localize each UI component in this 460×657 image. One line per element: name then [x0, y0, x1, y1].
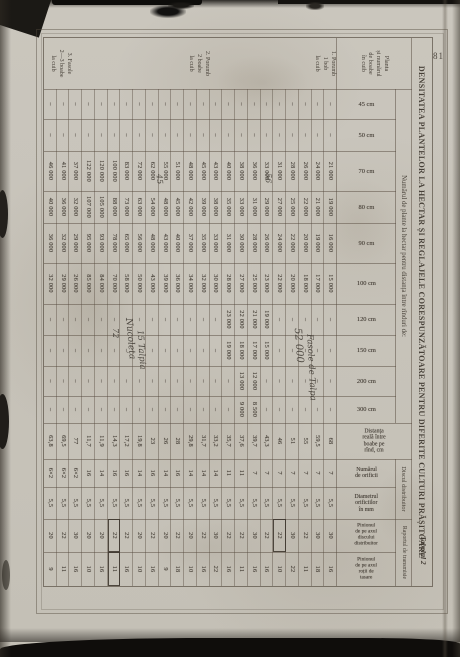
table-cell: 25 000	[286, 191, 299, 223]
plant-group-label: 2. Porumb 2 boabe la cuib	[183, 40, 213, 87]
table-cell: –	[197, 304, 210, 335]
plant-group-label: 3. Fasole 2—3 boabe la cuib	[45, 40, 75, 87]
table-cell: –	[324, 304, 337, 335]
table-cell: 30	[324, 519, 337, 552]
table-cell: 22 000	[286, 223, 299, 263]
table-cell: –	[171, 119, 184, 151]
table-cell: 16	[324, 552, 337, 586]
table-cell: 39 000	[159, 263, 172, 304]
page-edge-shadow-right	[452, 0, 460, 657]
table-cell: 55 000	[159, 151, 172, 191]
table-cell: 22	[299, 519, 312, 552]
table-cell: 7	[324, 459, 337, 487]
table-cell: 21 000	[248, 304, 261, 335]
table-cell: –	[146, 89, 159, 119]
table-cell: 29 000	[261, 191, 274, 223]
table-cell: 11	[108, 552, 121, 586]
table-cell: –	[184, 335, 197, 366]
table-cell: 5,5	[184, 487, 197, 519]
table-cell: –	[197, 396, 210, 423]
table-cell: –	[210, 366, 223, 396]
table-cell: 12 000	[248, 366, 261, 396]
table-cell: 5,5	[133, 487, 146, 519]
table-cell: 17,2	[120, 423, 133, 459]
table-cell: 5,5	[171, 487, 184, 519]
table-cell: 43,3	[261, 423, 274, 459]
table-cell: –	[222, 366, 235, 396]
table-cell: 41 000	[57, 151, 70, 191]
table-cell: 24 000	[273, 223, 286, 263]
table-cell: 20 000	[299, 223, 312, 263]
table-cell: –	[69, 89, 82, 119]
table-cell: 18	[312, 552, 325, 586]
table-cell: –	[184, 396, 197, 423]
table-cell: 32 000	[69, 191, 82, 223]
spacing-column-label: 300 cm	[337, 406, 396, 413]
table-cell: –	[44, 396, 57, 423]
table-cell: –	[57, 119, 70, 151]
table-cell: 43 000	[146, 263, 159, 304]
page-edge-shadow-left	[0, 0, 11, 657]
spacing-column-label: 100 cm	[337, 280, 396, 287]
table-cell: –	[159, 304, 172, 335]
table-cell: –	[44, 335, 57, 366]
table-cell: 5,5	[324, 487, 337, 519]
table-cell: 34 000	[184, 263, 197, 304]
table-cell: 5,5	[261, 487, 274, 519]
table-cell: 5,5	[44, 487, 57, 519]
spacing-column-label: 50 cm	[337, 131, 396, 138]
table-cell: 14	[159, 459, 172, 487]
table-cell: 16	[108, 459, 121, 487]
page-number: 81	[433, 51, 444, 61]
table-cell: 5,5	[69, 487, 82, 519]
table-cell: 63,8	[44, 423, 57, 459]
table-cell: 16	[95, 552, 108, 586]
table-cell: 31 000	[222, 223, 235, 263]
table-cell: 22	[286, 552, 299, 586]
table-cell: –	[273, 335, 286, 366]
table-cell: 22	[120, 519, 133, 552]
table-cell: –	[108, 396, 121, 423]
table-cell: –	[133, 366, 146, 396]
table-cell: 31 000	[248, 191, 261, 223]
table-cell: 33 000	[261, 151, 274, 191]
table-cell: 19 000	[261, 304, 274, 335]
table-cell: –	[95, 366, 108, 396]
table-cell: 23 000	[261, 263, 274, 304]
table-cell: 26 000	[299, 151, 312, 191]
table-cell: 32 000	[57, 223, 70, 263]
table-cell: –	[324, 366, 337, 396]
table-cell: –	[44, 89, 57, 119]
table-cell: 46	[273, 423, 286, 459]
table-cell: 28 000	[248, 223, 261, 263]
table-cell: 5,5	[312, 487, 325, 519]
table-cell: 10	[273, 552, 286, 586]
table-cell: –	[120, 119, 133, 151]
table-cell: 11,9	[95, 423, 108, 459]
table-cell: –	[197, 89, 210, 119]
spacing-column-label: 45 cm	[337, 100, 396, 107]
table-cell: –	[273, 119, 286, 151]
table-cell: 8 500	[248, 396, 261, 423]
table-cell: 46 000	[44, 151, 57, 191]
table-cell: –	[44, 119, 57, 151]
table-cell: –	[273, 304, 286, 335]
table-cell: –	[210, 119, 223, 151]
press-wheel-pinion-header: Pinionul de pe axul roții de tasare	[337, 552, 396, 586]
table-cell: 20	[133, 519, 146, 552]
table-cell: 17 000	[248, 335, 261, 366]
table-cell: 69,5	[57, 423, 70, 459]
table-cell: 36 000	[171, 263, 184, 304]
table-cell: 27 000	[235, 263, 248, 304]
table-cell: 18 000	[235, 335, 248, 366]
table-cell: –	[273, 366, 286, 396]
table-cell: 14	[210, 459, 223, 487]
table-cell: 16	[120, 552, 133, 586]
table-cell: 20	[44, 519, 57, 552]
spacing-column-header: 100 cm	[337, 263, 396, 304]
table-cell: –	[159, 335, 172, 366]
table-cell: 17 000	[312, 263, 325, 304]
table-cell: 20	[95, 519, 108, 552]
table-cell: 35 000	[222, 191, 235, 223]
table-cell: –	[57, 366, 70, 396]
spacing-column-header: 200 cm	[337, 366, 396, 396]
table-cell: 5,5	[57, 487, 70, 519]
table-cell: 10	[82, 552, 95, 586]
table-cell: 5,5	[299, 487, 312, 519]
table-cell: –	[261, 366, 274, 396]
table-cell: 11	[222, 459, 235, 487]
table-cell: 30	[69, 519, 82, 552]
table-cell: 18 000	[299, 263, 312, 304]
table-cell: 14	[95, 459, 108, 487]
table-cell: 31 000	[273, 151, 286, 191]
table-cell: –	[159, 89, 172, 119]
table-cell: 14	[184, 459, 197, 487]
spacing-column-label: 200 cm	[337, 377, 396, 384]
table-cell: 20	[82, 519, 95, 552]
table-cell: 32 000	[197, 263, 210, 304]
table-cell: –	[248, 119, 261, 151]
table-cell: 39 000	[197, 191, 210, 223]
paper-stain	[215, 55, 310, 110]
table-cell: –	[324, 89, 337, 119]
table-cell: 6×2	[69, 459, 82, 487]
table-cell: 14	[133, 459, 146, 487]
ink-blot	[306, 2, 324, 10]
table-cell: 25 000	[248, 263, 261, 304]
table-cell: 30	[312, 519, 325, 552]
table-cell: 16	[82, 459, 95, 487]
table-cell: –	[95, 89, 108, 119]
table-cell: 105 000	[95, 191, 108, 223]
table-cell: 28 000	[286, 151, 299, 191]
table-cell: 22 000	[273, 263, 286, 304]
table-cell: 36 000	[57, 191, 70, 223]
scanned-page: 81 DENSITATEA PLANTELOR LA HECTAR ȘI REG…	[0, 0, 460, 657]
table-cell: 72 000	[133, 151, 146, 191]
table-cell: 22	[108, 519, 121, 552]
table-cell: 5,5	[159, 487, 172, 519]
table-cell: 73 000	[120, 191, 133, 223]
table-cell: –	[210, 304, 223, 335]
spacing-column-label: 120 cm	[337, 316, 396, 323]
spacing-column-header: 150 cm	[337, 335, 396, 366]
table-cell: 63 000	[133, 191, 146, 223]
table-cell: 50 000	[133, 263, 146, 304]
table-cell: 31,7	[197, 423, 210, 459]
table-cell: 26 000	[261, 223, 274, 263]
table-cell: –	[146, 335, 159, 366]
table-cell: 11	[235, 459, 248, 487]
table-cell: –	[171, 335, 184, 366]
table-cell: 38 000	[210, 191, 223, 223]
table-cell: –	[273, 396, 286, 423]
table-cell: 15 000	[324, 263, 337, 304]
table-cell: 36 000	[44, 223, 57, 263]
table-cell: –	[108, 89, 121, 119]
table-cell: 22	[273, 519, 286, 552]
table-cell: 40 000	[222, 151, 235, 191]
table-cell: –	[44, 366, 57, 396]
table-cell: –	[120, 89, 133, 119]
table-cell: –	[197, 335, 210, 366]
table-cell: 28	[171, 423, 184, 459]
table-cell: 38 000	[235, 151, 248, 191]
table-cell: 19 000	[222, 335, 235, 366]
table-cell: –	[222, 396, 235, 423]
table-cell: 6×2	[57, 459, 70, 487]
page-edge-bottom	[0, 638, 460, 657]
table-cell: –	[197, 119, 210, 151]
table-cell: –	[286, 366, 299, 396]
handwriting-note: 52 000	[292, 328, 305, 364]
table-cell: 9 000	[235, 396, 248, 423]
table-cell: –	[95, 119, 108, 151]
table-cell: –	[210, 335, 223, 366]
table-cell: 35 000	[197, 223, 210, 263]
table-cell: –	[159, 119, 172, 151]
table-cell: 45 000	[197, 151, 210, 191]
table-cell: 56 000	[133, 223, 146, 263]
table-cell: 29,8	[184, 423, 197, 459]
table-cell: 30	[286, 519, 299, 552]
table-cell: –	[133, 89, 146, 119]
table-cell: –	[171, 89, 184, 119]
table-cell: 16	[120, 459, 133, 487]
table-cell: 11	[299, 552, 312, 586]
table-cell: 5,5	[235, 487, 248, 519]
table-cell: 30 000	[235, 223, 248, 263]
table-cell: –	[133, 119, 146, 151]
spacing-column-header: 45 cm	[337, 89, 396, 119]
table-cell: –	[108, 366, 121, 396]
paper-stain	[145, 515, 270, 580]
table-cell: 7	[312, 459, 325, 487]
table-cell: 40 000	[44, 191, 57, 223]
table-cell: –	[146, 396, 159, 423]
table-cell: 107 000	[82, 191, 95, 223]
table-cell: 24 000	[312, 151, 325, 191]
table-cell: 19,8	[133, 423, 146, 459]
table-cell: 11	[57, 552, 70, 586]
table-cell: 5,5	[120, 487, 133, 519]
real-distance-header: Distanța reală între boabe pe rînd, cm	[337, 423, 412, 459]
table-cell: 83 000	[120, 151, 133, 191]
table-cell: 37,6	[235, 423, 248, 459]
table-cell: –	[120, 396, 133, 423]
table-cell: –	[171, 366, 184, 396]
table-cell: –	[146, 366, 159, 396]
table-cell: 43 000	[210, 151, 223, 191]
table-cell: –	[159, 366, 172, 396]
paper-stain	[55, 245, 130, 370]
table-cell: 120 000	[95, 151, 108, 191]
table-cell: 13 000	[235, 366, 248, 396]
table-cell: 26	[159, 423, 172, 459]
paper-stain	[315, 175, 400, 270]
handwriting-note: 56	[264, 173, 274, 184]
table-cell: –	[184, 119, 197, 151]
table-cell: 5,5	[222, 487, 235, 519]
table-cell: –	[324, 119, 337, 151]
table-cell: –	[222, 119, 235, 151]
table-cell: 14,3	[108, 423, 121, 459]
table-cell: 7	[299, 459, 312, 487]
table-cell: 5,5	[82, 487, 95, 519]
table-cell: –	[146, 304, 159, 335]
table-cell: 5,5	[95, 487, 108, 519]
table-cell: –	[69, 366, 82, 396]
table-cell: 28 000	[222, 263, 235, 304]
handwriting-note: 45	[154, 174, 164, 185]
table-cell: 51	[286, 423, 299, 459]
table-cell: 33 000	[210, 223, 223, 263]
table-cell: –	[197, 366, 210, 396]
table-cell: –	[210, 396, 223, 423]
table-cell: –	[159, 396, 172, 423]
table-cell: 7	[273, 459, 286, 487]
table-cell: –	[146, 119, 159, 151]
table-cell: 7	[248, 459, 261, 487]
table-cell: 40 000	[171, 223, 184, 263]
table-cell: 33 000	[235, 191, 248, 223]
table-cell: 37 000	[184, 223, 197, 263]
table-cell: 5,5	[108, 487, 121, 519]
table-cell: –	[171, 396, 184, 423]
table-cell: 22 000	[235, 304, 248, 335]
table-cell: –	[286, 119, 299, 151]
table-cell: 51 000	[171, 151, 184, 191]
table-cell: 7	[261, 459, 274, 487]
table-cell: –	[312, 89, 325, 119]
table-cell: –	[108, 119, 121, 151]
table-cell: –	[82, 119, 95, 151]
table-cell: –	[324, 335, 337, 366]
table-cell: 39,7	[248, 423, 261, 459]
table-cell: 5,5	[273, 487, 286, 519]
table-cell: 33,2	[210, 423, 223, 459]
table-cell: 5,5	[146, 487, 159, 519]
table-cell: –	[120, 366, 133, 396]
table-cell: 23	[146, 423, 159, 459]
table-cell: –	[261, 396, 274, 423]
table-cell: 7	[286, 459, 299, 487]
table-cell: 88 000	[108, 191, 121, 223]
table-cell: 54 000	[146, 191, 159, 223]
spacing-column-label: 150 cm	[337, 347, 396, 354]
table-cell: –	[69, 396, 82, 423]
table-cell: 77	[69, 423, 82, 459]
density-group-header: Numărul de plante la hectar pentru dista…	[396, 89, 412, 423]
plant-group-label: 1. Porumb 1 bob la cuib	[309, 40, 339, 87]
table-cell: –	[82, 89, 95, 119]
table-cell: 5,5	[248, 487, 261, 519]
table-cell: –	[312, 304, 325, 335]
ink-blot	[168, 2, 194, 9]
table-cell: –	[324, 396, 337, 423]
table-cell: –	[133, 396, 146, 423]
table-cell: –	[184, 304, 197, 335]
table-cell: 43 000	[159, 223, 172, 263]
table-cell: 68	[324, 423, 337, 459]
table-cell: 6×2	[44, 459, 57, 487]
table-cell: 45 000	[171, 191, 184, 223]
table-cell: 27 000	[273, 191, 286, 223]
table-cell: –	[184, 89, 197, 119]
spacing-column-header: 50 cm	[337, 119, 396, 151]
table-cell: 100 000	[108, 151, 121, 191]
table-cell: 10	[133, 552, 146, 586]
table-cell: 9	[44, 552, 57, 586]
table-cell: –	[261, 119, 274, 151]
table-cell: 37 000	[69, 151, 82, 191]
table-cell: –	[286, 396, 299, 423]
table-cell: 20 000	[286, 263, 299, 304]
table-cell: –	[171, 304, 184, 335]
table-cell: –	[312, 119, 325, 151]
table-cell: 48 000	[184, 151, 197, 191]
table-cell: 5,5	[286, 487, 299, 519]
table-cell: –	[95, 396, 108, 423]
plant-column-header: Planta și numărul de boabe în cuib	[338, 39, 411, 88]
table-cell: –	[69, 119, 82, 151]
ink-blot	[2, 560, 10, 590]
table-cell: 30 000	[210, 263, 223, 304]
table-cell: 36 000	[248, 151, 261, 191]
table-cell: –	[235, 119, 248, 151]
table-cell: 122 000	[82, 151, 95, 191]
table-cell: 16	[146, 459, 159, 487]
table-cell: –	[57, 396, 70, 423]
table-cell: 14	[197, 459, 210, 487]
table-cell: 48 000	[159, 191, 172, 223]
table-cell: 59,5	[312, 423, 325, 459]
spacing-column-header: 120 cm	[337, 304, 396, 335]
table-cell: 35,7	[222, 423, 235, 459]
paper-stain	[375, 465, 440, 550]
table-cell: 65 000	[120, 223, 133, 263]
table-cell: –	[184, 366, 197, 396]
table-cell: 23 000	[222, 304, 235, 335]
table-cell: 16	[171, 459, 184, 487]
table-cell: –	[82, 396, 95, 423]
table-cell: –	[82, 366, 95, 396]
